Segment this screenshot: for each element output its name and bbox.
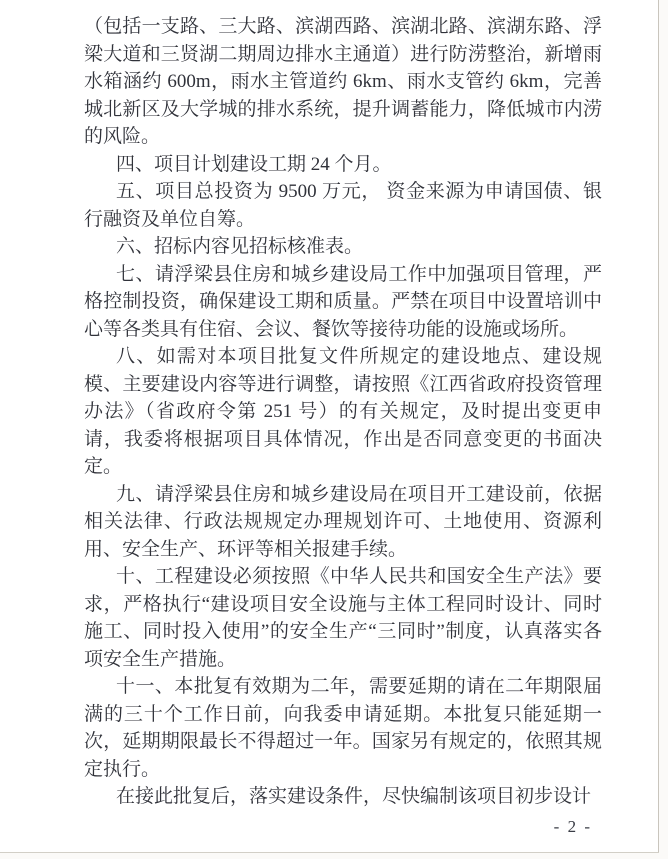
- paragraph-item-9: 九、请浮梁县住房和城乡建设局在项目开工建设前，依据相关法律、行政法规规定办理规划…: [84, 481, 602, 564]
- paragraph-item-7: 七、请浮梁县住房和城乡建设局工作中加强项目管理，严格控制投资，确保建设工期和质量…: [84, 261, 602, 344]
- paragraph-item-8: 八、如需对本项目批复文件所规定的建设地点、建设规模、主要建设内容等进行调整，请按…: [84, 343, 602, 481]
- document-page: （包括一支路、三大路、滨湖西路、滨湖北路、滨湖东路、浮梁大道和三贤湖二期周边排水…: [0, 0, 658, 852]
- paragraph-item-4: 四、项目计划建设工期 24 个月。: [84, 151, 602, 179]
- paragraph-item-11: 十一、本批复有效期为二年，需要延期的请在二年期限届满的三十个工作日前，向我委申请…: [84, 673, 602, 783]
- paragraph-item-10: 十、工程建设必须按照《中华人民共和国安全生产法》要求，严格执行“建设项目安全设施…: [84, 563, 602, 673]
- paragraph-closing: 在接此批复后，落实建设条件，尽快编制该项目初步设计: [84, 783, 602, 811]
- page-number: - 2 -: [84, 817, 602, 837]
- paragraph-continuation: （包括一支路、三大路、滨湖西路、滨湖北路、滨湖东路、浮梁大道和三贤湖二期周边排水…: [84, 13, 602, 151]
- page-scan-edge-bottom: [0, 852, 659, 853]
- document-body: （包括一支路、三大路、滨湖西路、滨湖北路、滨湖东路、浮梁大道和三贤湖二期周边排水…: [84, 13, 602, 837]
- paragraph-item-5: 五、项目总投资为 9500 万元， 资金来源为申请国债、银行融资及单位自筹。: [84, 178, 602, 233]
- paragraph-item-6: 六、招标内容见招标核准表。: [84, 233, 602, 261]
- page-scan-edge-right: [658, 0, 659, 853]
- screenshot-root: { "doc": { "paragraphs": [ { "text": "（包…: [0, 0, 668, 859]
